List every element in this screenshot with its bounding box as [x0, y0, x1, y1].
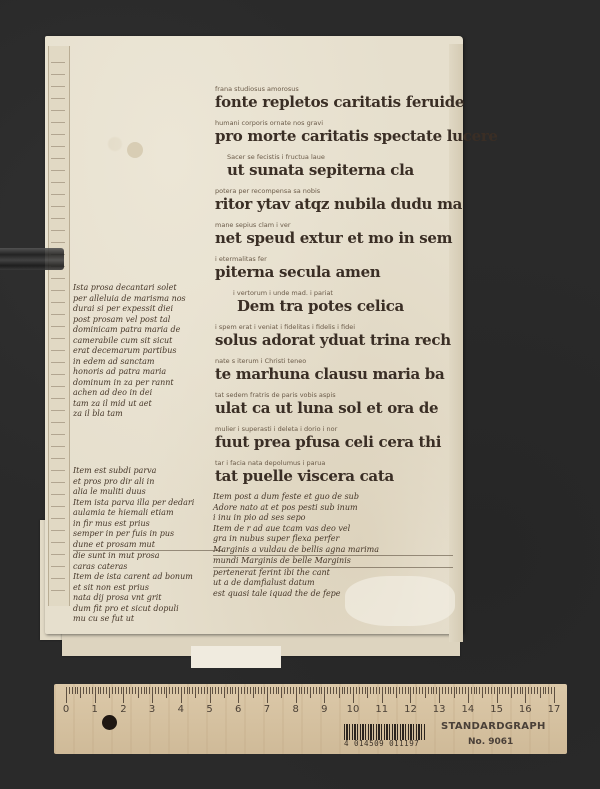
- ruler-tick: [141, 687, 142, 694]
- ruler-tick: [261, 687, 262, 694]
- ruler-tick: [210, 687, 211, 703]
- ruler-tick: [393, 687, 394, 694]
- ruler-tick: [198, 687, 199, 694]
- left-margin-notes-lower: Item est subdi parva et pros pro dir ali…: [73, 466, 223, 625]
- ruler-number: 14: [462, 704, 475, 715]
- ruler-tick: [319, 687, 320, 694]
- ruler-tick: [494, 687, 495, 694]
- ruler-tick: [330, 687, 331, 694]
- ruler-tick: [373, 687, 374, 694]
- ruler-tick: [439, 687, 440, 703]
- ruler-tick: [224, 687, 225, 698]
- ruler-tick: [230, 687, 231, 694]
- ruler-number: 1: [92, 704, 98, 715]
- ruler-tick: [69, 687, 70, 694]
- text-line: i spem erat i veniat i fidelitas i fidel…: [215, 324, 455, 358]
- ruler-tick: [497, 687, 498, 703]
- ruler-tick: [514, 687, 515, 694]
- ruler-tick: [551, 687, 552, 694]
- ruler-tick: [344, 687, 345, 694]
- ruler-tick: [98, 687, 99, 694]
- ruler-tick: [508, 687, 509, 694]
- ruler-tick: [540, 687, 541, 698]
- ruler-tick: [106, 687, 107, 694]
- ruler-tick: [313, 687, 314, 694]
- ruler-tick: [525, 687, 526, 703]
- ruler-tick: [287, 687, 288, 694]
- ruler-tick: [528, 687, 529, 694]
- ruler-tick: [410, 687, 411, 703]
- ruler-tick: [218, 687, 219, 694]
- ruler-tick: [112, 687, 113, 694]
- text-line: nate s iterum i Christi teneote marhuna …: [215, 358, 455, 392]
- ruler-tick: [327, 687, 328, 694]
- ruler-tick: [310, 687, 311, 698]
- ruler-tick: [227, 687, 228, 694]
- ruler-tick: [135, 687, 136, 694]
- ruler-tick: [485, 687, 486, 694]
- ruler-number: 9: [321, 704, 327, 715]
- ruler-number: 0: [63, 704, 69, 715]
- ruler-tick: [399, 687, 400, 694]
- ruler-tick: [175, 687, 176, 694]
- barcode: [344, 724, 426, 740]
- ruler-tick: [353, 687, 354, 703]
- ruler-tick: [367, 687, 368, 698]
- ruler-tick: [118, 687, 119, 694]
- text-line: mane sepius clam i vernet speud extur et…: [215, 222, 455, 256]
- ruler-tick: [155, 687, 156, 694]
- barcode-number: 4 014509 011197: [344, 739, 419, 748]
- ruler-tick: [468, 687, 469, 703]
- ruler-tick: [187, 687, 188, 694]
- ruler-tick: [92, 687, 93, 694]
- ruler-tick: [370, 687, 371, 694]
- ruler-tick: [192, 687, 193, 694]
- ruler-number: 13: [433, 704, 446, 715]
- ruler-tick: [479, 687, 480, 694]
- ruler-tick: [89, 687, 90, 694]
- ruler-number: 7: [264, 704, 270, 715]
- ruler-number: 2: [120, 704, 126, 715]
- ruler-tick: [390, 687, 391, 694]
- ruler-tick: [250, 687, 251, 694]
- ruler-tick: [109, 687, 110, 698]
- ruler-tick: [284, 687, 285, 694]
- ruler-tick: [316, 687, 317, 694]
- ruler-tick: [86, 687, 87, 694]
- ruler-tick: [178, 687, 179, 694]
- ruler-tick: [121, 687, 122, 694]
- text-line: frana studiosus amorosusfonte repletos c…: [215, 86, 455, 120]
- ruler-tick: [301, 687, 302, 694]
- ruler-number: 6: [235, 704, 241, 715]
- ruler-tick: [324, 687, 325, 703]
- ruler-brand: STANDARDGRAPH: [441, 721, 546, 732]
- ruler-tick: [520, 687, 521, 694]
- ruler-tick: [100, 687, 101, 694]
- ruler-tick: [419, 687, 420, 694]
- ruler-tick: [428, 687, 429, 694]
- ruler-tick: [195, 687, 196, 698]
- ruler-tick: [379, 687, 380, 694]
- ruler-tick: [408, 687, 409, 694]
- ruler-tick: [388, 687, 389, 694]
- ruler-tick: [132, 687, 133, 694]
- ruler-tick: [471, 687, 472, 694]
- ruler-tick: [270, 687, 271, 694]
- ruler-tick: [255, 687, 256, 694]
- ruler-tick: [347, 687, 348, 694]
- ruler-number: 15: [490, 704, 503, 715]
- ruler-tick: [232, 687, 233, 694]
- ruler-tick: [465, 687, 466, 694]
- ruler-tick: [436, 687, 437, 694]
- ruler-tick: [462, 687, 463, 694]
- binding-strip: [48, 46, 70, 606]
- ruler-tick: [342, 687, 343, 694]
- ruler-tick: [456, 687, 457, 694]
- left-margin-notes: Ista prosa decantari solet per alleluia …: [73, 283, 223, 420]
- ruler-tick: [548, 687, 549, 694]
- ruler-tick: [336, 687, 337, 694]
- ruler-tick: [207, 687, 208, 694]
- ruler-tick: [454, 687, 455, 698]
- ruler-tick: [382, 687, 383, 703]
- text-line: i vertorum i unde mad. i pariatDem tra p…: [215, 290, 455, 324]
- ruler-tick: [416, 687, 417, 694]
- stain: [127, 142, 143, 158]
- paper-patch: [191, 646, 281, 668]
- ruler-tick: [396, 687, 397, 698]
- ruler-tick: [304, 687, 305, 694]
- ruler-tick: [482, 687, 483, 698]
- ruler-tick: [115, 687, 116, 694]
- ruler-tick: [445, 687, 446, 694]
- ruler-tick: [474, 687, 475, 694]
- ruler-tick: [451, 687, 452, 694]
- main-text-block: frana studiosus amorosusfonte repletos c…: [215, 86, 455, 494]
- ruler-tick: [201, 687, 202, 694]
- ruler-tick: [212, 687, 213, 694]
- ruler-tick: [169, 687, 170, 694]
- ruler-ticks: [66, 687, 554, 703]
- ruler-number: 4: [178, 704, 184, 715]
- ruler-tick: [172, 687, 173, 694]
- ruler-tick: [448, 687, 449, 694]
- ruler-tick: [554, 687, 555, 703]
- ruler-tick: [149, 687, 150, 694]
- clip-bar: [0, 248, 64, 270]
- ruler-tick: [402, 687, 403, 694]
- ruler-tick: [273, 687, 274, 694]
- ruler-tick: [405, 687, 406, 694]
- ruler-tick: [545, 687, 546, 694]
- ruler-tick: [264, 687, 265, 694]
- text-line: humani corporis ornate nos gravipro mort…: [215, 120, 455, 154]
- bottom-notes: Item post a dum feste et guo de sub Ador…: [213, 492, 453, 599]
- ruler-tick: [278, 687, 279, 694]
- ruler-tick: [491, 687, 492, 694]
- ruler-tick: [267, 687, 268, 703]
- ruler-hole: [102, 715, 117, 730]
- text-line: tat sedem fratris de paris vobis aspisul…: [215, 392, 455, 426]
- ruler-tick: [499, 687, 500, 694]
- ruler-tick: [522, 687, 523, 694]
- text-line: mulier i superasti i deleta i dorio i no…: [215, 426, 455, 460]
- ruler-tick: [166, 687, 167, 698]
- ruler-tick: [299, 687, 300, 694]
- ruler-tick: [103, 687, 104, 694]
- ruler-tick: [204, 687, 205, 694]
- ruler-number: 5: [206, 704, 212, 715]
- ruler-tick: [281, 687, 282, 698]
- ruler-tick: [307, 687, 308, 694]
- ruler-tick: [152, 687, 153, 703]
- ruler-number: 10: [347, 704, 360, 715]
- ruler-number: 3: [149, 704, 155, 715]
- ruler-model: No. 9061: [468, 737, 513, 747]
- ruler-tick: [488, 687, 489, 694]
- ruler-tick: [356, 687, 357, 694]
- ruler-tick: [276, 687, 277, 694]
- ruler-tick: [66, 687, 67, 703]
- text-line: tar i facia nata depolumus i paruatat pu…: [215, 460, 455, 494]
- ruler-tick: [138, 687, 139, 698]
- ruler-tick: [244, 687, 245, 694]
- ruler-tick: [253, 687, 254, 698]
- ruler-tick: [83, 687, 84, 694]
- ruler-tick: [164, 687, 165, 694]
- ruler-tick: [293, 687, 294, 694]
- ruler-tick: [247, 687, 248, 694]
- ruler-tick: [543, 687, 544, 694]
- ruler-tick: [534, 687, 535, 694]
- ruler-tick: [146, 687, 147, 694]
- ruler-tick: [72, 687, 73, 694]
- ruler-tick: [238, 687, 239, 703]
- ruler-tick: [517, 687, 518, 694]
- ruler-tick: [321, 687, 322, 694]
- ruler-tick: [333, 687, 334, 694]
- ruler-tick: [425, 687, 426, 698]
- ruler-tick: [77, 687, 78, 694]
- ruler-tick: [123, 687, 124, 703]
- ruler-number: 17: [548, 704, 561, 715]
- ruler-tick: [350, 687, 351, 694]
- ruler-tick: [158, 687, 159, 694]
- measuring-ruler: 01234567891011121314151617 4 014509 0111…: [54, 684, 567, 754]
- ruler-tick: [442, 687, 443, 694]
- ruler-tick: [476, 687, 477, 694]
- ruler-tick: [505, 687, 506, 694]
- ruler-tick: [362, 687, 363, 694]
- ruler-tick: [296, 687, 297, 703]
- ruler-tick: [258, 687, 259, 694]
- ruler-tick: [80, 687, 81, 698]
- ruler-tick: [339, 687, 340, 698]
- ruler-tick: [215, 687, 216, 694]
- text-line: Sacer se fecistis i fructua laueut sunat…: [215, 154, 455, 188]
- ruler-tick: [376, 687, 377, 694]
- ruler-tick: [144, 687, 145, 694]
- ruler-tick: [241, 687, 242, 694]
- ruler-tick: [365, 687, 366, 694]
- ruler-number: 16: [519, 704, 532, 715]
- text-line: i etermalitas ferpiterna secula amen: [215, 256, 455, 290]
- ruler-number: 8: [292, 704, 298, 715]
- ruler-tick: [422, 687, 423, 694]
- ruler-tick: [184, 687, 185, 694]
- ruler-tick: [537, 687, 538, 694]
- ruler-tick: [221, 687, 222, 694]
- ruler-tick: [502, 687, 503, 694]
- text-line: potera per recompensa sa nobisritor ytav…: [215, 188, 455, 222]
- ruler-tick: [189, 687, 190, 694]
- ruler-tick: [75, 687, 76, 694]
- ruler-tick: [95, 687, 96, 703]
- ruler-tick: [413, 687, 414, 694]
- ruler-tick: [433, 687, 434, 694]
- ruler-tick: [129, 687, 130, 694]
- ruler-number: 11: [375, 704, 388, 715]
- ruler-number: 12: [404, 704, 417, 715]
- ruler-tick: [126, 687, 127, 694]
- ruler-tick: [531, 687, 532, 694]
- ruler-tick: [359, 687, 360, 694]
- ruler-tick: [511, 687, 512, 698]
- ruler-tick: [459, 687, 460, 694]
- ruler-tick: [431, 687, 432, 694]
- ruler-tick: [235, 687, 236, 694]
- ruler-tick: [385, 687, 386, 694]
- ruler-tick: [161, 687, 162, 694]
- manuscript-page: frana studiosus amorosusfonte repletos c…: [45, 36, 463, 634]
- ruler-tick: [290, 687, 291, 694]
- ruler-tick: [181, 687, 182, 703]
